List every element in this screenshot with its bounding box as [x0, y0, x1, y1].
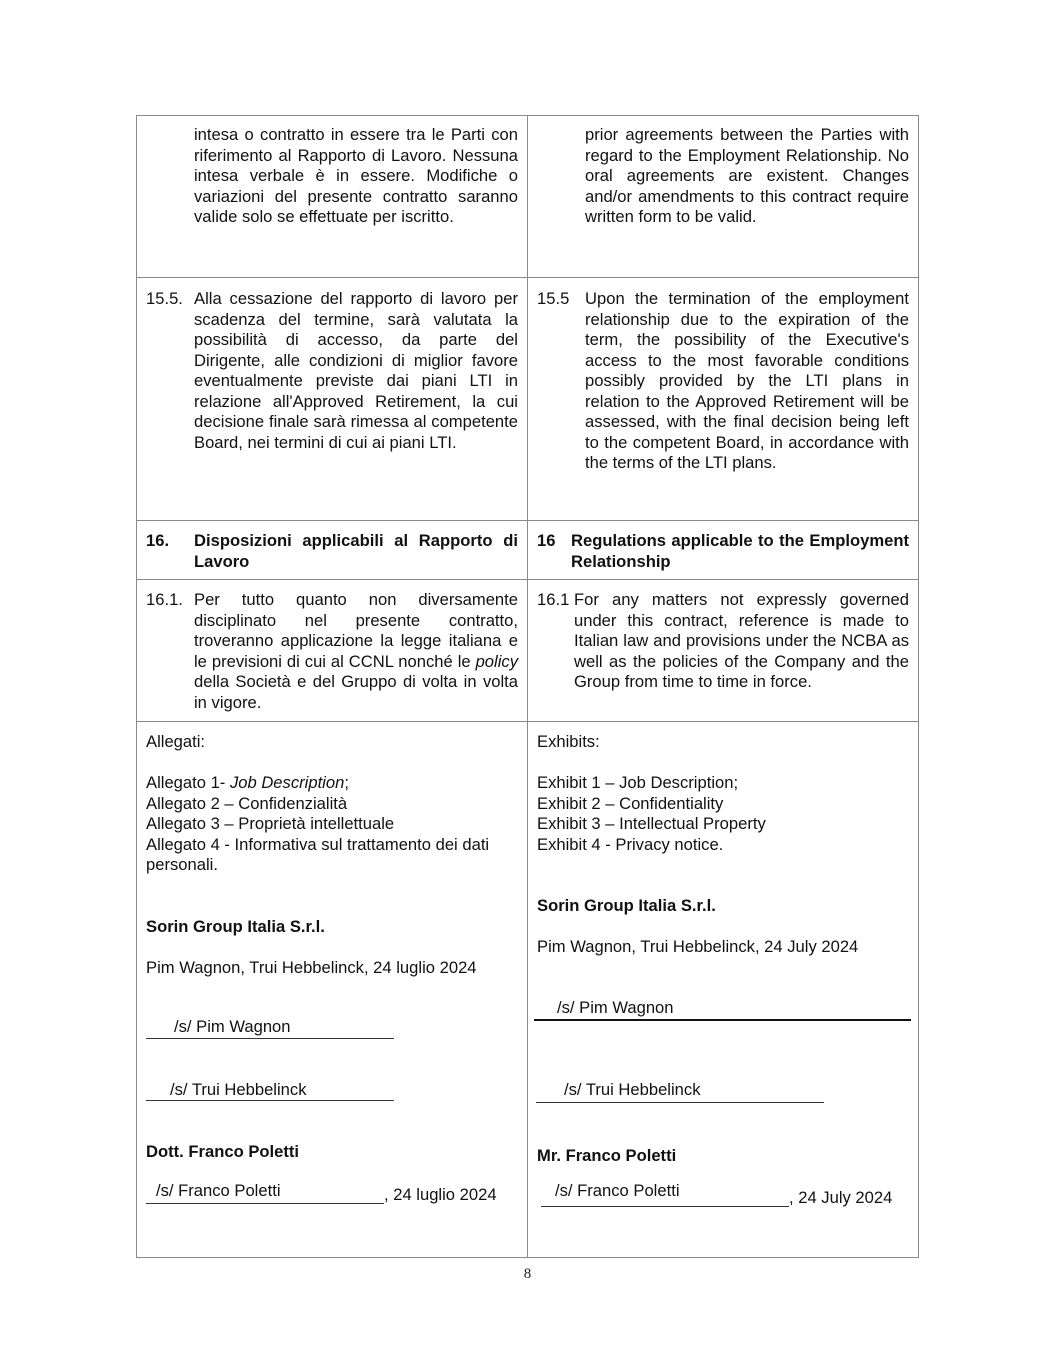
- cell-english-signatures: Exhibits: Exhibit 1 – Job Description; E…: [528, 722, 919, 1258]
- table-row: 15.5. Alla cessazione del rapporto di la…: [137, 278, 919, 521]
- clause-text: Upon the termination of the employment r…: [585, 289, 909, 474]
- bilingual-contract-table: intesa o contratto in essere tra le Part…: [136, 115, 919, 1258]
- signers-date: Pim Wagnon, Trui Hebbelinck, 24 luglio 2…: [146, 958, 477, 979]
- exhibits-heading: Allegati:: [146, 732, 205, 753]
- signature-line: [146, 1100, 394, 1101]
- clause-text: intesa o contratto in essere tra le Part…: [146, 125, 518, 228]
- exhibit-item: Exhibit 3 – Intellectual Property: [537, 814, 766, 835]
- cell-italian: 15.5. Alla cessazione del rapporto di la…: [137, 278, 528, 521]
- cell-english: 15.5 Upon the termination of the employm…: [528, 278, 919, 521]
- signers-date: Pim Wagnon, Trui Hebbelinck, 24 July 202…: [537, 937, 858, 958]
- signature-trui-hebbelinck: /s/ Trui Hebbelinck: [170, 1080, 307, 1101]
- section-number: 16.: [146, 531, 194, 572]
- cell-italian: 16.1. Per tutto quanto non diversamente …: [137, 580, 528, 722]
- exhibit-item: Allegato 3 – Proprietà intellettuale: [146, 814, 394, 835]
- signature-line: [534, 1019, 911, 1021]
- signature-date: , 24 luglio 2024: [384, 1185, 497, 1206]
- cell-english: prior agreements between the Parties wit…: [528, 116, 919, 278]
- exhibit-item: Exhibit 2 – Confidentiality: [537, 794, 723, 815]
- table-row: Allegati: Allegato 1- Job Description; A…: [137, 722, 919, 1258]
- table-row: intesa o contratto in essere tra le Part…: [137, 116, 919, 278]
- signature-franco-poletti: /s/ Franco Poletti: [156, 1181, 281, 1202]
- clause-text: prior agreements between the Parties wit…: [537, 125, 909, 228]
- signature-trui-hebbelinck: /s/ Trui Hebbelinck: [564, 1080, 701, 1101]
- signature-line: [536, 1102, 824, 1103]
- cell-italian: intesa o contratto in essere tra le Part…: [137, 116, 528, 278]
- cell-italian: 16. Disposizioni applicabili al Rapporto…: [137, 521, 528, 580]
- signature-line: [146, 1203, 384, 1204]
- page-number: 8: [0, 1266, 1055, 1283]
- cell-english: 16 Regulations applicable to the Employm…: [528, 521, 919, 580]
- table-row: 16.1. Per tutto quanto non diversamente …: [137, 580, 919, 722]
- section-heading: Disposizioni applicabili al Rapporto di …: [194, 531, 518, 572]
- signature-line: [146, 1038, 394, 1039]
- section-number: 16: [537, 531, 571, 572]
- section-heading: Regulations applicable to the Employment…: [571, 531, 909, 572]
- table-row: 16. Disposizioni applicabili al Rapporto…: [137, 521, 919, 580]
- exhibit-item: Exhibit 4 - Privacy notice.: [537, 835, 723, 856]
- exhibit-item: Allegato 4 - Informativa sul trattamento…: [146, 835, 519, 876]
- clause-text: For any matters not expressly governed u…: [574, 590, 909, 693]
- signature-line: [541, 1206, 789, 1207]
- company-name: Sorin Group Italia S.r.l.: [146, 917, 325, 938]
- clause-text: Per tutto quanto non diversamente discip…: [194, 590, 518, 713]
- clause-number: 16.1: [537, 590, 574, 693]
- cell-english: 16.1 For any matters not expressly gover…: [528, 580, 919, 722]
- exhibit-item: Allegato 2 – Confidenzialità: [146, 794, 347, 815]
- clause-number: 16.1.: [146, 590, 194, 713]
- signature-date: , 24 July 2024: [789, 1188, 892, 1209]
- exhibit-item: Allegato 1- Job Description;: [146, 773, 349, 794]
- clause-number: 15.5: [537, 289, 585, 474]
- executive-name: Dott. Franco Poletti: [146, 1142, 299, 1163]
- company-name: Sorin Group Italia S.r.l.: [537, 896, 716, 917]
- exhibits-heading: Exhibits:: [537, 732, 600, 753]
- signature-pim-wagnon: /s/ Pim Wagnon: [174, 1017, 291, 1038]
- clause-text: Alla cessazione del rapporto di lavoro p…: [194, 289, 518, 453]
- executive-name: Mr. Franco Poletti: [537, 1146, 676, 1167]
- cell-italian-signatures: Allegati: Allegato 1- Job Description; A…: [137, 722, 528, 1258]
- clause-number: 15.5.: [146, 289, 194, 453]
- signature-franco-poletti: /s/ Franco Poletti: [555, 1181, 680, 1202]
- exhibit-item: Exhibit 1 – Job Description;: [537, 773, 738, 794]
- signature-pim-wagnon: /s/ Pim Wagnon: [557, 998, 674, 1019]
